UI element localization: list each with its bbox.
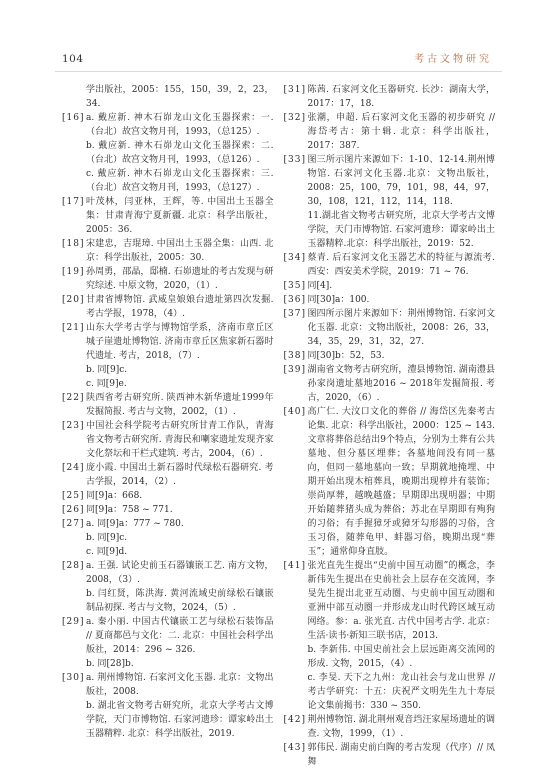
reference-entry: [41]张光直先生提出“史前中国互动圈”的概念，李新伟先生提出在史前社会上层存在… [284,559,496,713]
reference-entry: [31]陈茜. 石家河文化玉器研究. 长沙：湖南大学，2017：17，18. [284,83,496,111]
reference-number: [37] [284,307,306,321]
reference-number: [41] [284,559,306,573]
reference-text: 图三所示图片来源如下：1-10、12-14.荆州博物馆. 石家河文化玉器.北京：… [308,153,496,209]
reference-text: 同[9]a：668. [86,489,274,503]
reference-text: b. 湖北省文物考古研究所，北京大学考古文博学院，天门市博物馆. 石家河遗珍：谭… [86,699,274,741]
reference-entry: [17]叶茂林，闫亚林，王辉，等. 中国出土玉器全集：甘肃青海宁夏新疆. 北京：… [62,195,274,237]
reference-text: 学出版社，2005：155，150，39，2，23，34. [86,83,274,111]
reference-entry: [28]a. 王强. 试论史前玉石器镶嵌工艺. 南方文物，2008，（3）.b.… [62,559,274,615]
reference-text: 张潮，申超. 后石家河文化玉器的初步研究 // 海岱考古：第十辑. 北京：科学出… [308,111,496,153]
reference-text: a. 秦小丽. 中国古代镶嵌工艺与绿松石装饰品 // 夏商都邑与文化：二. 北京… [86,615,274,657]
reference-entry: [40]高广仁. 大汶口文化的葬俗 // 海岱区先秦考古论集. 北京：科学出版社… [284,405,496,559]
reference-entry: 学出版社，2005：155，150，39，2，23，34. [62,83,274,111]
reference-number: [16] [62,111,84,125]
page-number: 104 [62,53,84,65]
reference-text: 陕西省考古研究所. 陕西神木新华遗址1999年发掘简报. 考古与文物，2002，… [86,391,274,419]
reference-entry: [43]郭伟民. 湖南史前白陶的考古发现（代序）// 凤舞 [284,741,496,769]
reference-number: [26] [62,503,84,517]
reference-text: 山东大学考古学与博物馆学系，济南市章丘区城子崖遗址博物馆. 济南市章丘区焦家新石… [86,321,274,363]
reference-text: b. 戴应新. 神木石峁龙山文化玉器探索：二.（台北）故宫文物月刊，1993，（… [86,139,274,167]
page-header: 104 考古文物研究 [62,50,495,65]
reference-entry: [36]同[30]a：100. [284,293,496,307]
reference-number: [35] [284,279,306,293]
reference-entry: [21]山东大学考古学与博物馆学系，济南市章丘区城子崖遗址博物馆. 济南市章丘区… [62,321,274,391]
reference-number: [33] [284,153,306,167]
reference-number: [36] [284,293,306,307]
reference-text: 同[30]b：52，53. [308,349,496,363]
reference-text: 庞小霞. 中国出土新石器时代绿松石器研究. 考古学报，2014，（2）. [86,461,274,489]
reference-entry: [26]同[9]a：758 ~ 771. [62,503,274,517]
reference-text: a. 戴应新. 神木石峁龙山文化玉器探索：一.（台北）故宫文物月刊，1993，（… [86,111,274,139]
reference-entry: [23]中国社会科学院考古研究所甘青工作队，青海省文物考古研究所. 青海民和喇家… [62,419,274,461]
reference-entry: [22]陕西省考古研究所. 陕西神木新华遗址1999年发掘简报. 考古与文物，2… [62,391,274,419]
reference-text: 高广仁. 大汶口文化的葬俗 // 海岱区先秦考古论集. 北京：科学出版社，200… [308,405,496,559]
reference-text: 蔡青. 后石家河文化玉器艺术的特征与源流考. 西安：西安美术学院，2019：71… [308,251,496,279]
reference-number: [18] [62,237,84,251]
reference-number: [28] [62,559,84,573]
reference-text: 中国社会科学院考古研究所甘青工作队，青海省文物考古研究所. 青海民和喇家遗址发现… [86,419,274,461]
reference-entry: [38]同[30]b：52，53. [284,349,496,363]
reference-number: [25] [62,489,84,503]
reference-number: [43] [284,741,306,755]
reference-number: [32] [284,111,306,125]
reference-entry: [24]庞小霞. 中国出土新石器时代绿松石器研究. 考古学报，2014，（2）. [62,461,274,489]
reference-number: [29] [62,615,84,629]
reference-text: c. 李旻. 天下之九州：龙山社会与龙山世界 // 考古学研究：十五：庆祝严文明… [308,671,496,713]
reference-text: c. 同[9]d. [86,545,274,559]
reference-number: [20] [62,293,84,307]
reference-text: b. 同[28]b. [86,657,274,671]
reference-text: 同[9]a：758 ~ 771. [86,503,274,517]
reference-number: [27] [62,517,84,531]
reference-text: 荆州博物馆. 湖北荆州观音垱汪家屋场遗址的调查. 文物，1999，（1）. [308,713,496,741]
reference-text: c. 同[9]e. [86,377,274,391]
reference-text: b. 闫红贤，陈洪海. 黄河流域史前绿松石镶嵌制品初探. 考古与文物，2024，… [86,587,274,615]
reference-number: [22] [62,391,84,405]
reference-number: [24] [62,461,84,475]
reference-text: b. 同[9]c. [86,363,274,377]
reference-entry: [20]甘肃省博物馆. 武威皇娘娘台遗址第四次发掘. 考古学报，1978，（4）… [62,293,274,321]
reference-entry: [25]同[9]a：668. [62,489,274,503]
reference-text: 孙周勇，邵晶，邸楠. 石峁遗址的考古发现与研究综述. 中原文物，2020，（1）… [86,265,274,293]
reference-text: 叶茂林，闫亚林，王辉，等. 中国出土玉器全集：甘肃青海宁夏新疆. 北京：科学出版… [86,195,274,237]
reference-text: a. 同[9]a：777 ~ 780. [86,517,274,531]
reference-number: [23] [62,419,84,433]
reference-entry: [39]湖南省文物考古研究所，澧县博物馆. 湖南澧县孙家岗遗址墓地2016 ~ … [284,363,496,405]
reference-text: 湖南省文物考古研究所，澧县博物馆. 湖南澧县孙家岗遗址墓地2016 ~ 2018… [308,363,496,405]
reference-text: 宋建忠，吉琨璋. 中国出土玉器全集：山西. 北京：科学出版社，2005：30. [86,237,274,265]
reference-text: 郭伟民. 湖南史前白陶的考古发现（代序）// 凤舞 [308,741,496,769]
reference-number: [42] [284,713,306,727]
reference-text: 张光直先生提出“史前中国互动圈”的概念，李新伟先生提出在史前社会上层存在交流网，… [308,559,496,643]
reference-number: [31] [284,83,306,97]
reference-number: [38] [284,349,306,363]
reference-entry: [33]图三所示图片来源如下：1-10、12-14.荆州博物馆. 石家河文化玉器… [284,153,496,251]
reference-number: [19] [62,265,84,279]
reference-number: [17] [62,195,84,209]
reference-number: [21] [62,321,84,335]
reference-entry: [32]张潮，申超. 后石家河文化玉器的初步研究 // 海岱考古：第十辑. 北京… [284,111,496,153]
reference-number: [40] [284,405,306,419]
reference-entry: [19]孙周勇，邵晶，邸楠. 石峁遗址的考古发现与研究综述. 中原文物，2020… [62,265,274,293]
references-column-right: [31]陈茜. 石家河文化玉器研究. 长沙：湖南大学，2017：17，18.[3… [284,83,496,769]
reference-entry: [16]a. 戴应新. 神木石峁龙山文化玉器探索：一.（台北）故宫文物月刊，19… [62,111,274,195]
reference-entry: [34]蔡青. 后石家河文化玉器艺术的特征与源流考. 西安：西安美术学院，201… [284,251,496,279]
reference-text: 同[4]. [308,279,496,293]
reference-entry: [29]a. 秦小丽. 中国古代镶嵌工艺与绿松石装饰品 // 夏商都邑与文化：二… [62,615,274,671]
reference-text: a. 王强. 试论史前玉石器镶嵌工艺. 南方文物，2008，（3）. [86,559,274,587]
references-content: 学出版社，2005：155，150，39，2，23，34.[16]a. 戴应新.… [62,83,495,769]
reference-number: [34] [284,251,306,265]
reference-entry: [27]a. 同[9]a：777 ~ 780.b. 同[9]c.c. 同[9]d… [62,517,274,559]
reference-text: a. 荆州博物馆. 石家河文化玉器. 北京：文物出版社，2008. [86,671,274,699]
reference-text: 11.湖北省文物考古研究所，北京大学考古文博学院，天门市博物馆. 石家河遗珍：谭… [308,209,496,251]
reference-number: [39] [284,363,306,377]
reference-text: b. 同[9]c. [86,531,274,545]
reference-text: b. 李新伟. 中国史前社会上层远距离交流网的形成. 文物，2015，（4）. [308,643,496,671]
reference-number: [30] [62,671,84,685]
document-page: 104 考古文物研究 学出版社，2005：155，150，39，2，23，34.… [0,0,550,772]
reference-text: 陈茜. 石家河文化玉器研究. 长沙：湖南大学，2017：17，18. [308,83,496,111]
page-body: 104 考古文物研究 学出版社，2005：155，150，39，2，23，34.… [0,0,550,769]
reference-text: 甘肃省博物馆. 武威皇娘娘台遗址第四次发掘. 考古学报，1978，（4）. [86,293,274,321]
reference-entry: [30]a. 荆州博物馆. 石家河文化玉器. 北京：文物出版社，2008.b. … [62,671,274,741]
reference-text: 同[30]a：100. [308,293,496,307]
reference-entry: [37]图四所示图片来源如下：荆州博物馆. 石家河文化玉器. 北京：文物出版社，… [284,307,496,349]
reference-entry: [18]宋建忠，吉琨璋. 中国出土玉器全集：山西. 北京：科学出版社，2005：… [62,237,274,265]
references-column-left: 学出版社，2005：155，150，39，2，23，34.[16]a. 戴应新.… [62,83,274,769]
reference-entry: [35]同[4]. [284,279,496,293]
reference-text: c. 戴应新. 神木石峁龙山文化玉器探索：三.（台北）故宫文物月刊，1993，（… [86,167,274,195]
reference-text: 图四所示图片来源如下：荆州博物馆. 石家河文化玉器. 北京：文物出版社，2008… [308,307,496,349]
running-head-title: 考古文物研究 [414,50,492,65]
reference-entry: [42]荆州博物馆. 湖北荆州观音垱汪家屋场遗址的调查. 文物，1999，（1）… [284,713,496,741]
header-divider [55,71,502,72]
